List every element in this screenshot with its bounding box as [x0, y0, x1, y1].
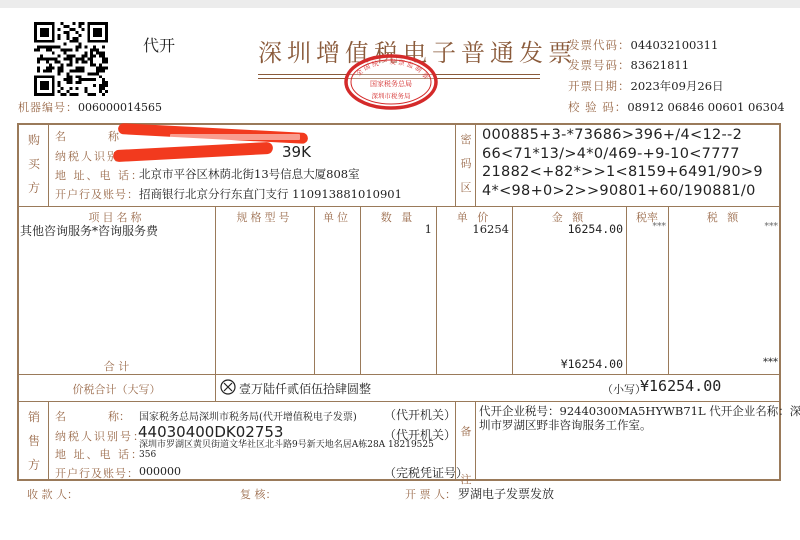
grand-total-upper: 壹万陆仟贰佰伍拾肆圆整 — [239, 380, 371, 397]
issuer-value: 罗湖电子发票发放 — [458, 485, 554, 502]
total-label: 合 计 — [18, 358, 215, 374]
daikai-mark: 代开 — [143, 33, 175, 56]
issue-date-label: 开票日期： — [568, 79, 631, 93]
payee-label: 收 款 人： — [27, 486, 78, 502]
buyer-name-label: 名 称 — [55, 128, 119, 144]
seller-side-label: 销 售 方 — [24, 405, 44, 477]
invoice-code-label: 发票代码： — [568, 38, 631, 52]
top-bar — [0, 0, 800, 8]
invoice-number: 发票号码：83621811 — [568, 57, 689, 73]
item-amount: 16254.00 — [512, 222, 623, 236]
invoice-code: 发票代码：044032100311 — [568, 37, 718, 53]
seller-name-suffix: （代开机关） — [384, 406, 456, 423]
buyer-bank-value: 招商银行北京分行东直门支行 110913881010901 — [139, 186, 402, 202]
col-divider — [215, 206, 216, 374]
check-code: 校 验 码：08912 06846 00601 06304 — [568, 99, 785, 115]
machine-number-value: 006000014565 — [78, 101, 162, 114]
side-char: 购 — [24, 128, 44, 152]
grand-total-lower-value: ¥16254.00 — [640, 377, 721, 395]
buyer-address-value: 北京市平谷区林荫北街13号信息大厦808室 — [139, 166, 360, 182]
seller-taxid-label: 纳税人识别号： — [55, 428, 146, 444]
side-char: 码 — [456, 152, 476, 176]
remarks-content: 代开企业税号：92440300MA5HYWB71L 代开企业名称：深 圳市罗湖区… — [479, 404, 800, 432]
cipher-area: 000885+3-*73686>396+/4<12--2 66<71*13/>4… — [482, 126, 763, 200]
check-code-value: 08912 06846 00601 06304 — [627, 100, 784, 114]
cipher-side-label: 密 码 区 — [456, 128, 476, 200]
seller-address-line: 356 — [139, 450, 434, 460]
side-char: 售 — [24, 429, 44, 453]
circled-x-icon — [220, 379, 236, 395]
side-char: 销 — [24, 405, 44, 429]
cipher-line: 66<71*13/>4*0/469-+9-10<7777 — [482, 145, 763, 164]
remarks-line: 圳市罗湖区野非咨询服务工作室。 — [479, 418, 800, 432]
tax-seal: 全国统一发票监制章 国家税务总局 深圳市税务局 — [343, 53, 439, 111]
buyer-bank-label: 开户行及账号： — [55, 186, 139, 202]
grand-total-label: 价税合计（大写） — [18, 381, 215, 397]
buyer-side-label: 购 买 方 — [24, 128, 44, 200]
seller-address-line: 深圳市罗湖区黄贝街道文华社区北斗路9号新天地名居A栋28A 18219525 — [139, 440, 434, 450]
side-char: 方 — [24, 176, 44, 200]
remarks-line: 代开企业税号：92440300MA5HYWB71L 代开企业名称：深 — [479, 404, 800, 418]
seller-name-label: 名 称： — [55, 408, 130, 424]
invoice-number-value: 83621811 — [631, 58, 690, 72]
side-char: 方 — [24, 453, 44, 477]
svg-text:国家税务总局: 国家税务总局 — [370, 79, 412, 88]
header-spec: 规格型号 — [215, 209, 314, 225]
svg-text:深圳市税务局: 深圳市税务局 — [372, 91, 412, 100]
seller-bank-value: 000000 — [139, 465, 181, 478]
buyer-taxid-value: 39K — [282, 143, 311, 161]
issue-date-value: 2023年09月26日 — [631, 79, 724, 93]
item-qty: 1 — [360, 222, 432, 236]
seller-name-value: 国家税务总局深圳市税务局(代开增值税电子发票) — [139, 408, 357, 423]
item-name: 其他咨询服务*咨询服务费 — [20, 222, 158, 239]
reviewer-label: 复 核： — [240, 486, 277, 502]
item-price: 16254 — [436, 222, 509, 236]
buyer-address-label: 地 址、电 话： — [55, 167, 144, 183]
cipher-line: 4*<98+0>2>>90801+60/190881/0 — [482, 182, 763, 201]
seller-taxid-value: 44030400DK02753 — [138, 423, 283, 441]
cipher-line: 000885+3-*73686>396+/4<12--2 — [482, 126, 763, 145]
total-amount: ¥16254.00 — [512, 357, 623, 371]
redaction-mark — [170, 134, 300, 140]
col-divider — [314, 206, 315, 374]
issue-date: 开票日期：2023年09月26日 — [568, 78, 724, 94]
side-char: 备 — [456, 408, 476, 456]
check-code-label: 校 验 码： — [568, 100, 627, 114]
item-rate: *** — [626, 222, 666, 232]
divider — [48, 401, 49, 481]
seller-bank-label: 开户行及账号： — [55, 465, 139, 481]
machine-number: 机器编号：006000014565 — [18, 99, 162, 115]
total-tax: *** — [668, 357, 778, 368]
divider — [18, 401, 780, 402]
invoice-number-label: 发票号码： — [568, 58, 631, 72]
cipher-line: 21882<+82*>>1<8159+6491/90>9 — [482, 163, 763, 182]
seller-address-value: 深圳市罗湖区黄贝街道文华社区北斗路9号新天地名居A栋28A 18219525 3… — [139, 440, 434, 460]
divider — [215, 374, 216, 401]
header-unit: 单位 — [314, 209, 360, 225]
seller-address-label: 地 址、电 话： — [55, 446, 144, 462]
invoice-code-value: 044032100311 — [631, 38, 719, 52]
side-char: 区 — [456, 176, 476, 200]
item-tax: *** — [668, 222, 778, 232]
qr-code — [32, 22, 110, 96]
issuer-label: 开 票 人： — [405, 486, 456, 502]
divider — [18, 206, 780, 207]
side-char: 密 — [456, 128, 476, 152]
side-char: 买 — [24, 152, 44, 176]
machine-number-label: 机器编号： — [18, 101, 78, 114]
divider — [48, 124, 49, 206]
divider — [18, 374, 780, 375]
